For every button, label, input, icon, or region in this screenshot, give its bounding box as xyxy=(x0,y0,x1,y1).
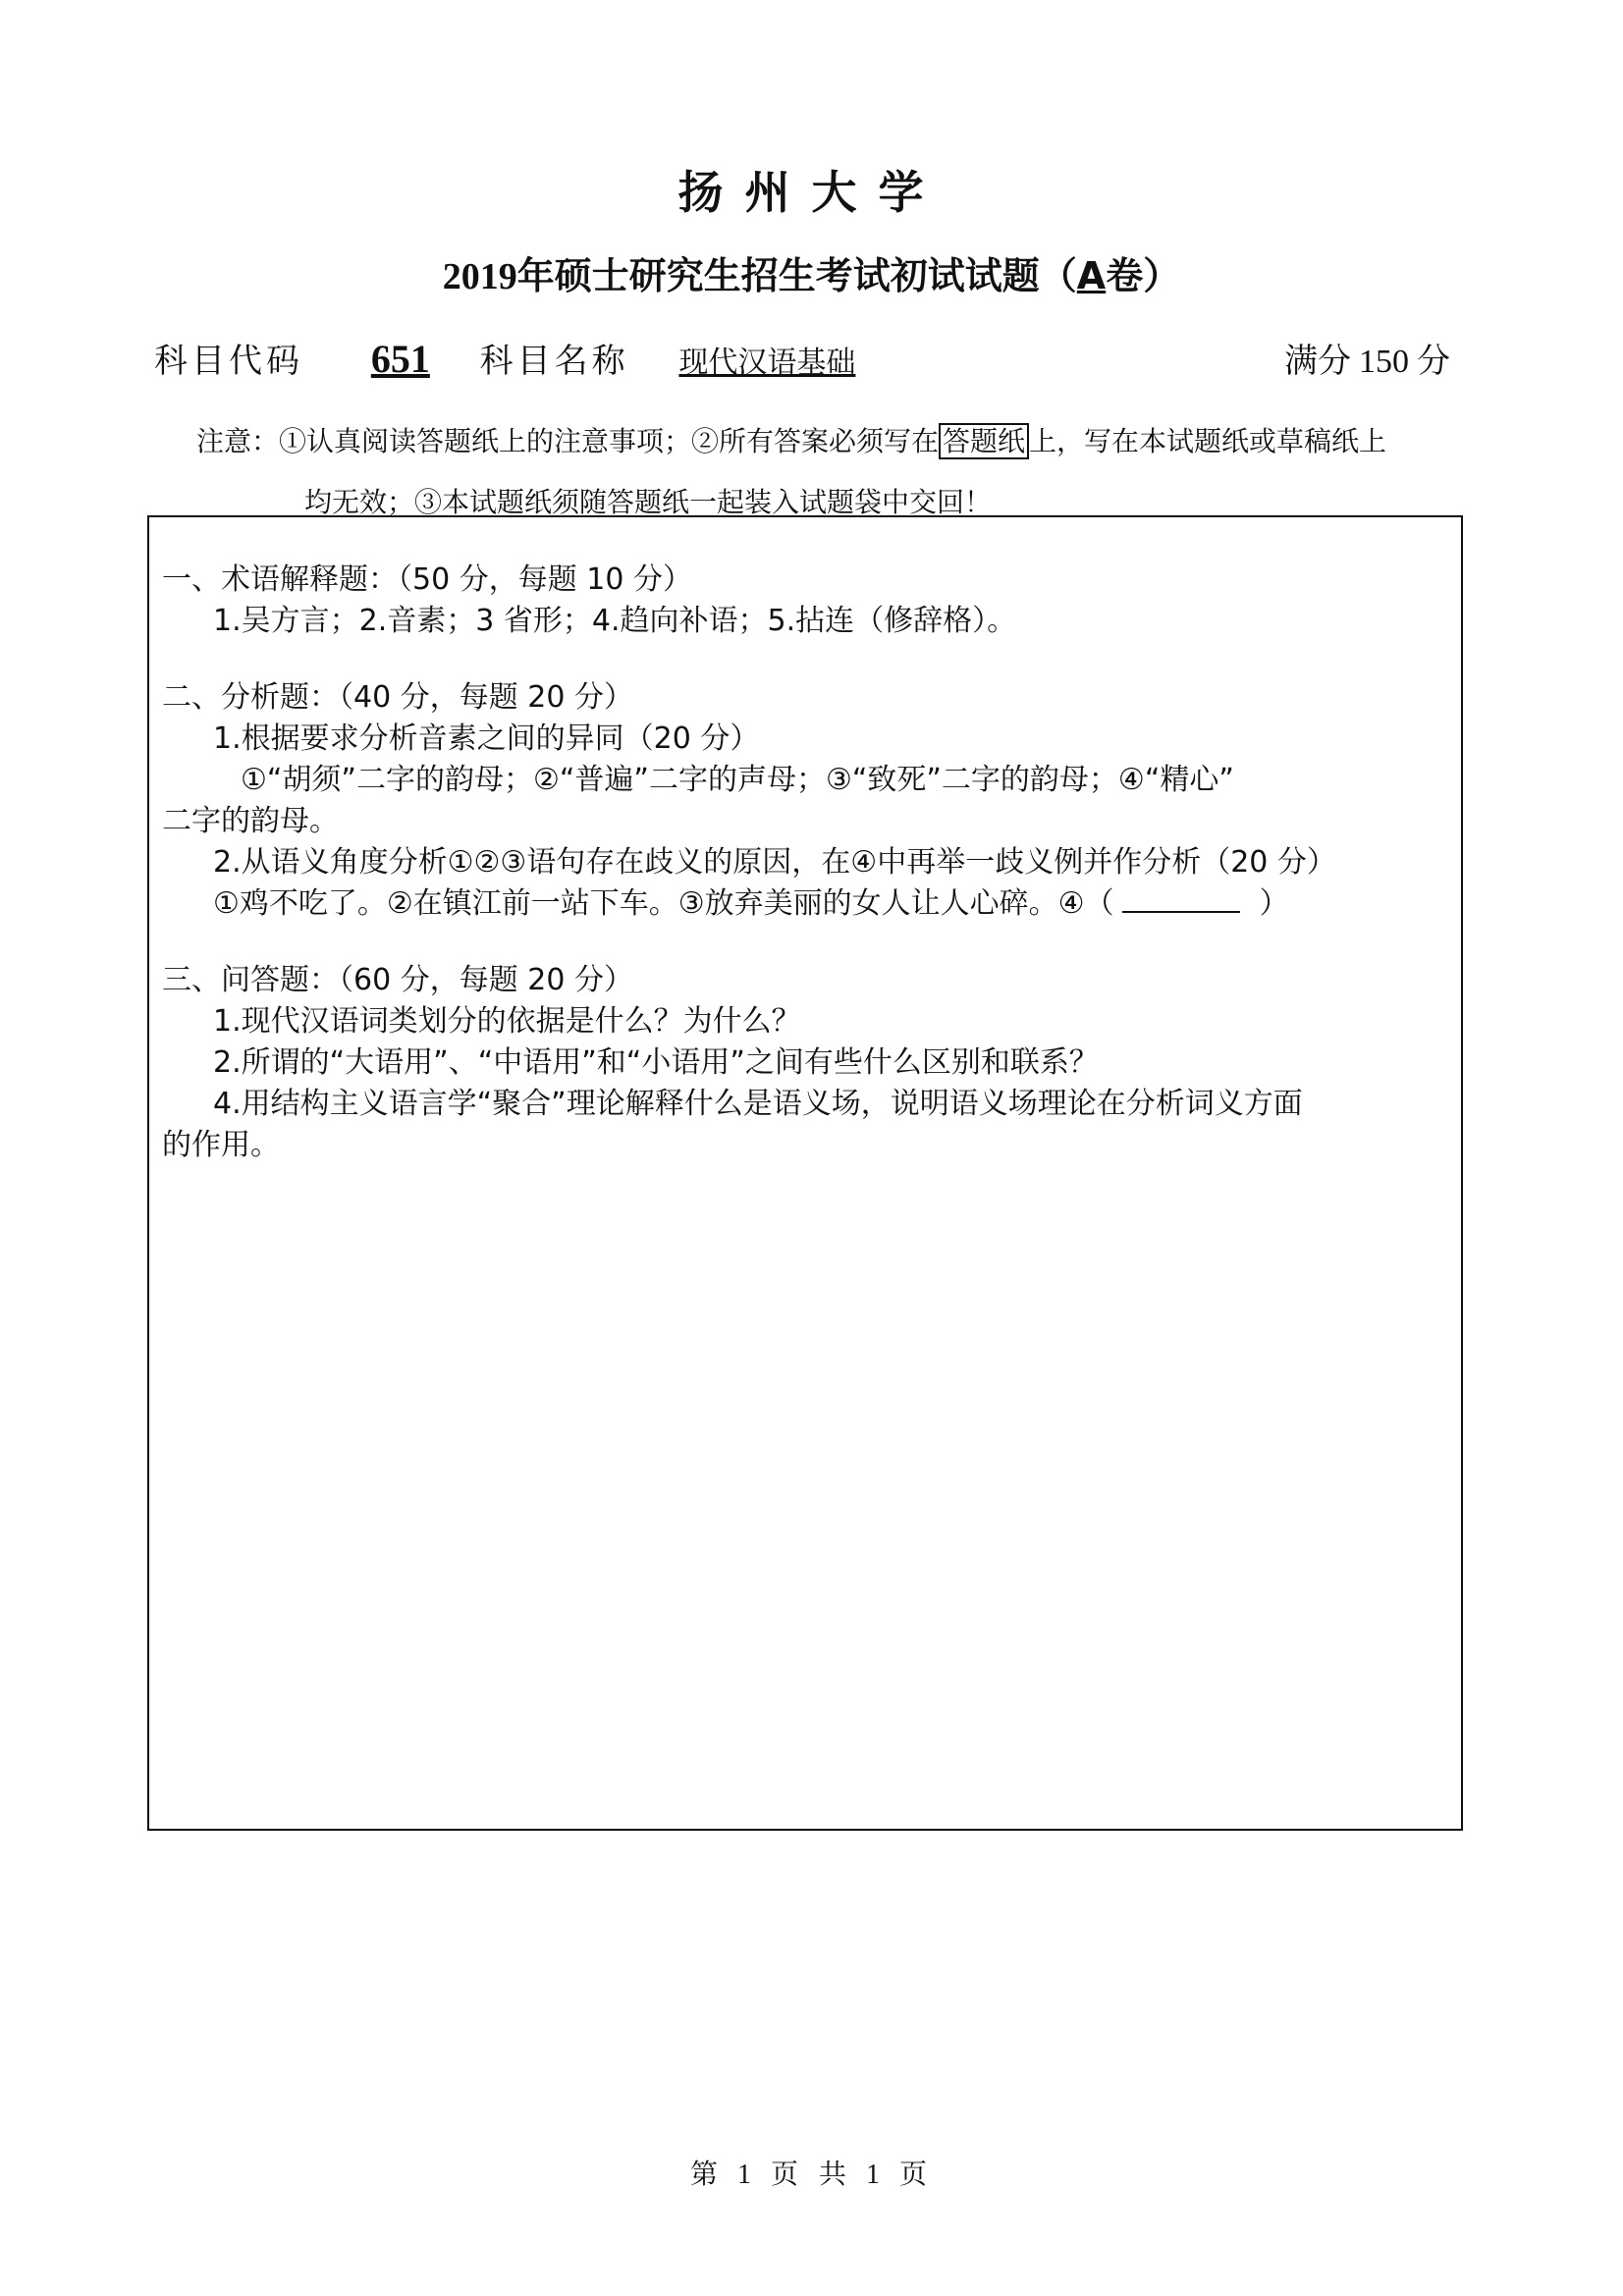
subject-name-value: 现代汉语基础 xyxy=(678,338,855,381)
section-2: 二、分析题：（40 分，每题 20 分） 1.根据要求分析音素之间的异同（20 … xyxy=(162,677,1458,925)
subject-name-label: 科目名称 xyxy=(480,334,629,382)
footer-suffix: 页 xyxy=(899,2158,933,2190)
section-1-terms: 1.吴方言；2.音素；3 省形；4.趋向补语；5.拈连（修辞格）。 xyxy=(162,601,1458,642)
exam-title: 2019年硕士研究生招生考试初试试题（A卷） xyxy=(0,245,1623,299)
university-title: 扬州大学 xyxy=(0,157,1623,222)
notice-boxed-answer-sheet: 答题纸 xyxy=(939,423,1029,459)
section-1: 一、术语解释题：（50 分，每题 10 分） 1.吴方言；2.音素；3 省形；4… xyxy=(162,560,1458,642)
footer-page-current: 1 xyxy=(737,2160,757,2190)
section-3-heading: 三、问答题：（60 分，每题 20 分） xyxy=(162,960,1458,1001)
answer-blank xyxy=(1122,883,1240,913)
section-3: 三、问答题：（60 分，每题 20 分） 1.现代汉语词类划分的依据是什么？为什… xyxy=(162,960,1458,1166)
section-3-q4-line-1: 4.用结构主义语言学“聚合”理论解释什么是语义场，说明语义场理论在分析词义方面 xyxy=(162,1084,1458,1125)
section-1-heading: 一、术语解释题：（50 分，每题 10 分） xyxy=(162,560,1458,601)
exam-title-text: 年硕士研究生招生考试初试试题（ xyxy=(517,254,1077,297)
paper-suffix: 卷） xyxy=(1106,254,1180,297)
section-2-q2-close: ） xyxy=(1260,886,1289,921)
section-3-q2: 2.所谓的“大语用”、“中语用”和“小语用”之间有些什么区别和联系？ xyxy=(162,1042,1458,1084)
notice-text-1b: 上，写在本试题纸或草稿纸上 xyxy=(1029,425,1386,457)
footer-mid: 页 共 xyxy=(771,2158,852,2190)
page-footer: 第1页 共1页 xyxy=(0,2153,1623,2192)
subject-code-value: 651 xyxy=(371,336,430,382)
full-mark-value: 150 xyxy=(1359,344,1409,381)
section-2-heading: 二、分析题：（40 分，每题 20 分） xyxy=(162,677,1458,719)
notice-text-1a: ①认真阅读答题纸上的注意事项；②所有答案必须写在 xyxy=(279,425,939,457)
notice-label: 注意： xyxy=(196,425,279,457)
section-3-q1: 1.现代汉语词类划分的依据是什么？为什么？ xyxy=(162,1001,1458,1042)
full-mark-unit: 分 xyxy=(1417,334,1450,382)
full-mark: 满分150分 xyxy=(1284,334,1450,382)
section-2-q2-examples-text: ①鸡不吃了。②在镇江前一站下车。③放弃美丽的女人让人心碎。④（ xyxy=(213,886,1114,921)
section-2-q2: 2.从语义角度分析①②③语句存在歧义的原因，在④中再举一歧义例并作分析（20 分… xyxy=(162,842,1458,883)
paper-letter: A xyxy=(1077,254,1106,297)
subject-meta-row: 科目代码 651 科目名称 现代汉语基础 满分150分 xyxy=(154,334,1450,382)
notice-line-1: 注意：①认真阅读答题纸上的注意事项；②所有答案必须写在答题纸上，写在本试题纸或草… xyxy=(196,420,1386,459)
section-2-q1: 1.根据要求分析音素之间的异同（20 分） xyxy=(162,719,1458,760)
full-mark-label: 满分 xyxy=(1284,334,1351,382)
footer-prefix: 第 xyxy=(690,2158,724,2190)
questions-content: 一、术语解释题：（50 分，每题 10 分） 1.吴方言；2.音素；3 省形；4… xyxy=(162,560,1458,1201)
section-3-q4-line-2: 的作用。 xyxy=(162,1125,1458,1166)
subject-code-label: 科目代码 xyxy=(154,334,303,382)
section-2-q1-detail-2: 二字的韵母。 xyxy=(162,801,1458,842)
footer-page-total: 1 xyxy=(866,2160,886,2190)
notice-line-2: 均无效；③本试题纸须随答题纸一起装入试题袋中交回！ xyxy=(304,481,992,520)
section-2-q1-detail-1: ①“胡须”二字的韵母；②“普遍”二字的声母；③“致死”二字的韵母；④“精心” xyxy=(162,760,1458,801)
section-2-q2-examples: ①鸡不吃了。②在镇江前一站下车。③放弃美丽的女人让人心碎。④（） xyxy=(162,883,1458,925)
exam-year: 2019 xyxy=(443,256,517,297)
